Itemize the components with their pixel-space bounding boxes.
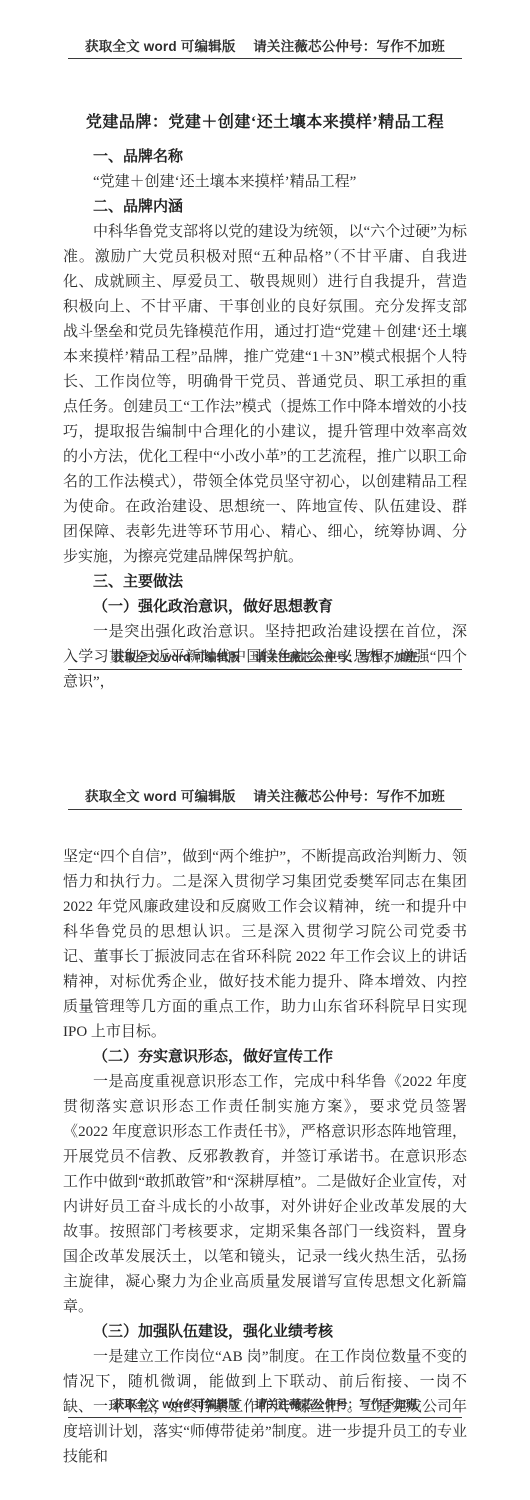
section-heading: 二、品牌内涵 [63, 195, 467, 220]
page-2-body: 坚定“四个自信”，做到“两个维护”，不断提高政治判断力、领悟力和执行力。二是深入… [63, 845, 467, 1470]
paragraph: 坚定“四个自信”，做到“两个维护”，不断提高政治判断力、领悟力和执行力。二是深入… [63, 845, 467, 1045]
page-1-body: 党建品牌：党建＋创建‘还土壤本来摸样’精品工程一、品牌名称“党建＋创建‘还土壤本… [63, 110, 467, 695]
page-1-footer-rule [68, 669, 462, 670]
paragraph: 一是高度重视意识形态工作，完成中科华鲁《2022 年度贯彻落实意识形态工作责任制… [63, 1070, 467, 1320]
paragraph: 中科华鲁党支部将以党的建设为统领，以“六个过硬”为标准。激励广大党员积极对照“五… [63, 220, 467, 570]
page-2-header-rule [68, 809, 462, 810]
section-heading: 三、主要做法 [63, 570, 467, 595]
page-1-footer-promo-text: 获取全文 word 可编辑版 请关注薇芯公仲号：写作不加班 [0, 651, 530, 665]
section-heading: 一、品牌名称 [63, 145, 467, 170]
page-2-header-promo-text: 获取全文 word 可编辑版 请关注薇芯公仲号：写作不加班 [0, 789, 530, 805]
document-canvas: 获取全文 word 可编辑版 请关注薇芯公仲号：写作不加班 党建品牌：党建＋创建… [0, 0, 530, 1500]
section-heading: （一）强化政治意识，做好思想教育 [63, 595, 467, 620]
section-heading: （二）夯实意识形态，做好宣传工作 [63, 1045, 467, 1070]
page-1-header-promo-text: 获取全文 word 可编辑版 请关注薇芯公仲号：写作不加班 [0, 39, 530, 55]
document-title: 党建品牌：党建＋创建‘还土壤本来摸样’精品工程 [63, 110, 467, 135]
paragraph: “党建＋创建‘还土壤本来摸样’精品工程” [63, 170, 467, 195]
page-2-footer-promo-text: 获取全文 word 可编辑版 请关注薇芯公仲号：写作不加班 [0, 1398, 530, 1412]
page-1-header-rule [68, 58, 462, 59]
section-heading: （三）加强队伍建设，强化业绩考核 [63, 1320, 467, 1345]
page-2-footer-rule [68, 1417, 462, 1418]
